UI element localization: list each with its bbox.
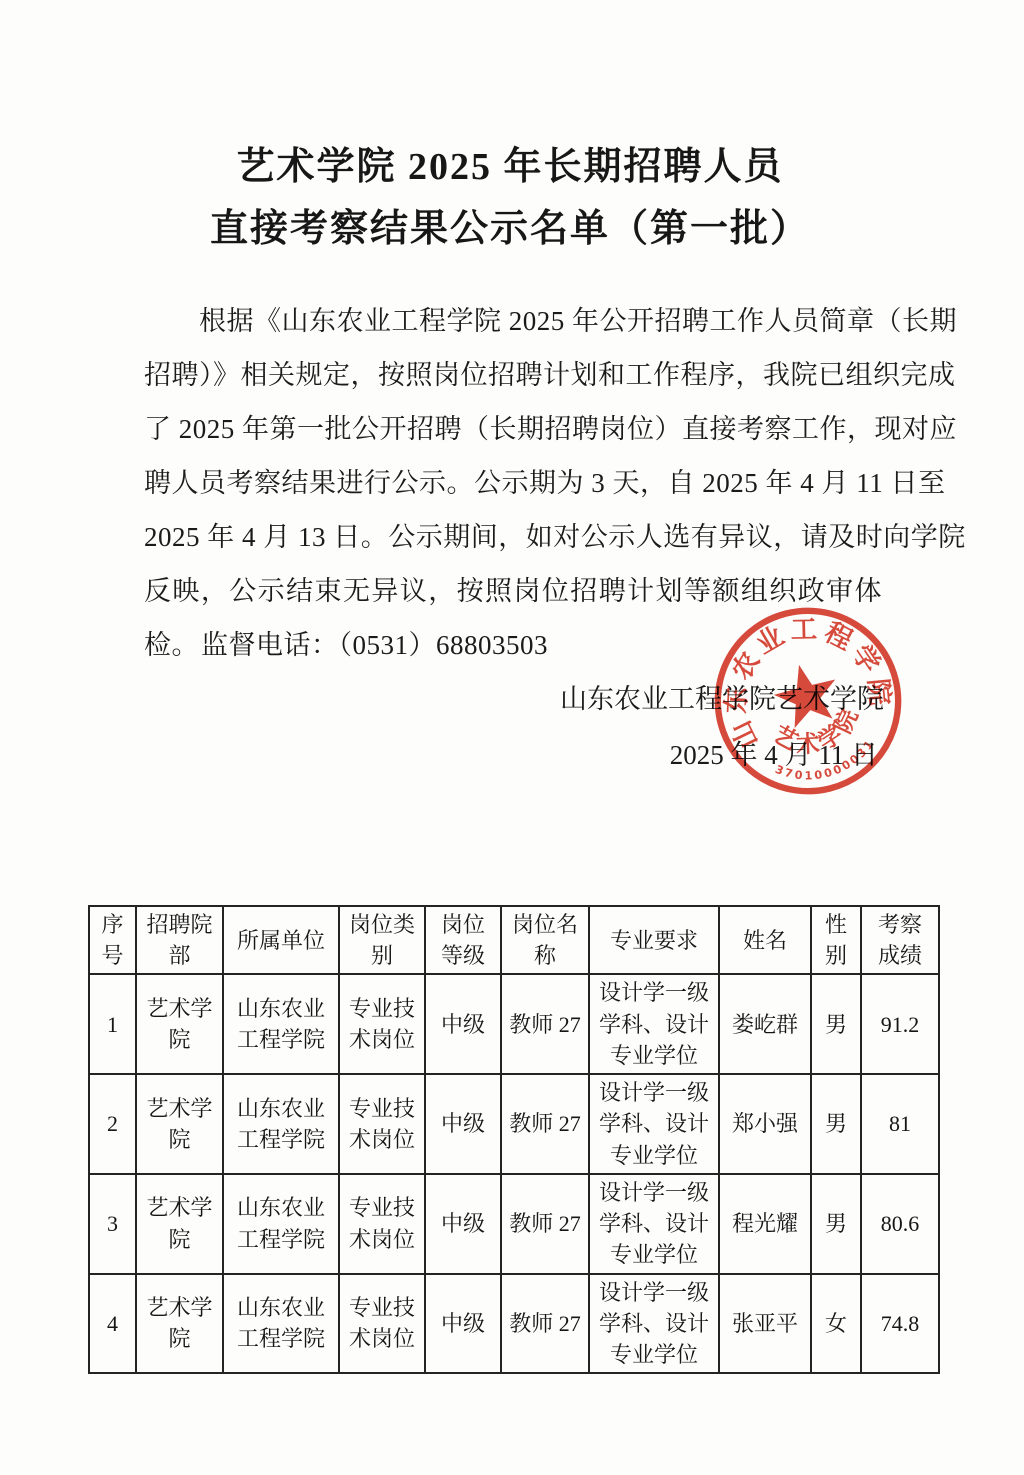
table-cell: 设计学一级学科、设计专业学位	[589, 1074, 719, 1174]
table-cell: 教师 27	[501, 1074, 589, 1174]
table-cell: 设计学一级学科、设计专业学位	[589, 1274, 719, 1374]
table-cell: 娄屹群	[719, 974, 811, 1074]
document-page: 艺术学院 2025 年长期招聘人员 直接考察结果公示名单（第一批） 根据《山东农…	[0, 0, 1024, 1475]
column-header: 岗位名称	[501, 906, 589, 974]
table-cell: 山东农业工程学院	[223, 1174, 339, 1274]
table-cell: 4	[89, 1274, 136, 1374]
table-cell: 专业技术岗位	[339, 1174, 425, 1274]
paragraph-line: 聘人员考察结果进行公示。公示期为 3 天，自 2025 年 4 月 11 日至	[144, 456, 882, 510]
column-header: 所属单位	[223, 906, 339, 974]
stamp-star-icon	[768, 657, 844, 731]
page-title-line-2: 直接考察结果公示名单（第一批）	[110, 198, 910, 260]
table-cell: 74.8	[861, 1274, 939, 1374]
table-cell: 3	[89, 1174, 136, 1274]
page-title: 艺术学院 2025 年长期招聘人员 直接考察结果公示名单（第一批）	[110, 136, 910, 260]
table-cell: 中级	[425, 1074, 501, 1174]
column-header: 姓名	[719, 906, 811, 974]
paragraph-line: 根据《山东农业工程学院 2025 年公开招聘工作人员简章（长期	[144, 294, 882, 348]
column-header: 性别	[811, 906, 861, 974]
paragraph-line: 2025 年 4 月 13 日。公示期间，如对公示人选有异议，请及时向学院	[144, 510, 882, 564]
table-row: 3艺术学院山东农业工程学院专业技术岗位中级教师 27设计学一级学科、设计专业学位…	[89, 1174, 939, 1274]
paragraph-line: 招聘）》相关规定，按照岗位招聘计划和工作程序，我院已组织完成	[144, 348, 882, 402]
table-cell: 教师 27	[501, 1174, 589, 1274]
table-cell: 80.6	[861, 1174, 939, 1274]
results-table: 序号招聘院部所属单位岗位类别岗位等级岗位名称专业要求姓名性别考察成绩 1艺术学院…	[88, 905, 940, 1374]
table-cell: 专业技术岗位	[339, 974, 425, 1074]
column-header: 考察成绩	[861, 906, 939, 974]
table-cell: 艺术学院	[136, 974, 223, 1074]
table-cell: 教师 27	[501, 974, 589, 1074]
table-cell: 1	[89, 974, 136, 1074]
table-cell: 专业技术岗位	[339, 1274, 425, 1374]
table-cell: 中级	[425, 1274, 501, 1374]
table-cell: 设计学一级学科、设计专业学位	[589, 1174, 719, 1274]
table-cell: 女	[811, 1274, 861, 1374]
table-body: 1艺术学院山东农业工程学院专业技术岗位中级教师 27设计学一级学科、设计专业学位…	[89, 974, 939, 1373]
table-row: 4艺术学院山东农业工程学院专业技术岗位中级教师 27设计学一级学科、设计专业学位…	[89, 1274, 939, 1374]
table-cell: 山东农业工程学院	[223, 1074, 339, 1174]
table-row: 1艺术学院山东农业工程学院专业技术岗位中级教师 27设计学一级学科、设计专业学位…	[89, 974, 939, 1074]
table-header-row: 序号招聘院部所属单位岗位类别岗位等级岗位名称专业要求姓名性别考察成绩	[89, 906, 939, 974]
table-cell: 男	[811, 1074, 861, 1174]
table-cell: 专业技术岗位	[339, 1074, 425, 1174]
table-cell: 山东农业工程学院	[223, 974, 339, 1074]
table-cell: 程光耀	[719, 1174, 811, 1274]
table-cell: 设计学一级学科、设计专业学位	[589, 974, 719, 1074]
table-cell: 郑小强	[719, 1074, 811, 1174]
page-title-line-1: 艺术学院 2025 年长期招聘人员	[110, 136, 910, 198]
table-cell: 张亚平	[719, 1274, 811, 1374]
table-cell: 艺术学院	[136, 1274, 223, 1374]
table-cell: 艺术学院	[136, 1074, 223, 1174]
table-cell: 中级	[425, 1174, 501, 1274]
column-header: 招聘院部	[136, 906, 223, 974]
column-header: 专业要求	[589, 906, 719, 974]
table-row: 2艺术学院山东农业工程学院专业技术岗位中级教师 27设计学一级学科、设计专业学位…	[89, 1074, 939, 1174]
table-cell: 2	[89, 1074, 136, 1174]
table-cell: 81	[861, 1074, 939, 1174]
table-cell: 山东农业工程学院	[223, 1274, 339, 1374]
column-header: 岗位等级	[425, 906, 501, 974]
table-cell: 艺术学院	[136, 1174, 223, 1274]
table-cell: 教师 27	[501, 1274, 589, 1374]
table-cell: 中级	[425, 974, 501, 1074]
paragraph-line: 了 2025 年第一批公开招聘（长期招聘岗位）直接考察工作，现对应	[144, 402, 882, 456]
table-cell: 男	[811, 974, 861, 1074]
column-header: 序号	[89, 906, 136, 974]
table-cell: 男	[811, 1174, 861, 1274]
column-header: 岗位类别	[339, 906, 425, 974]
table-cell: 91.2	[861, 974, 939, 1074]
